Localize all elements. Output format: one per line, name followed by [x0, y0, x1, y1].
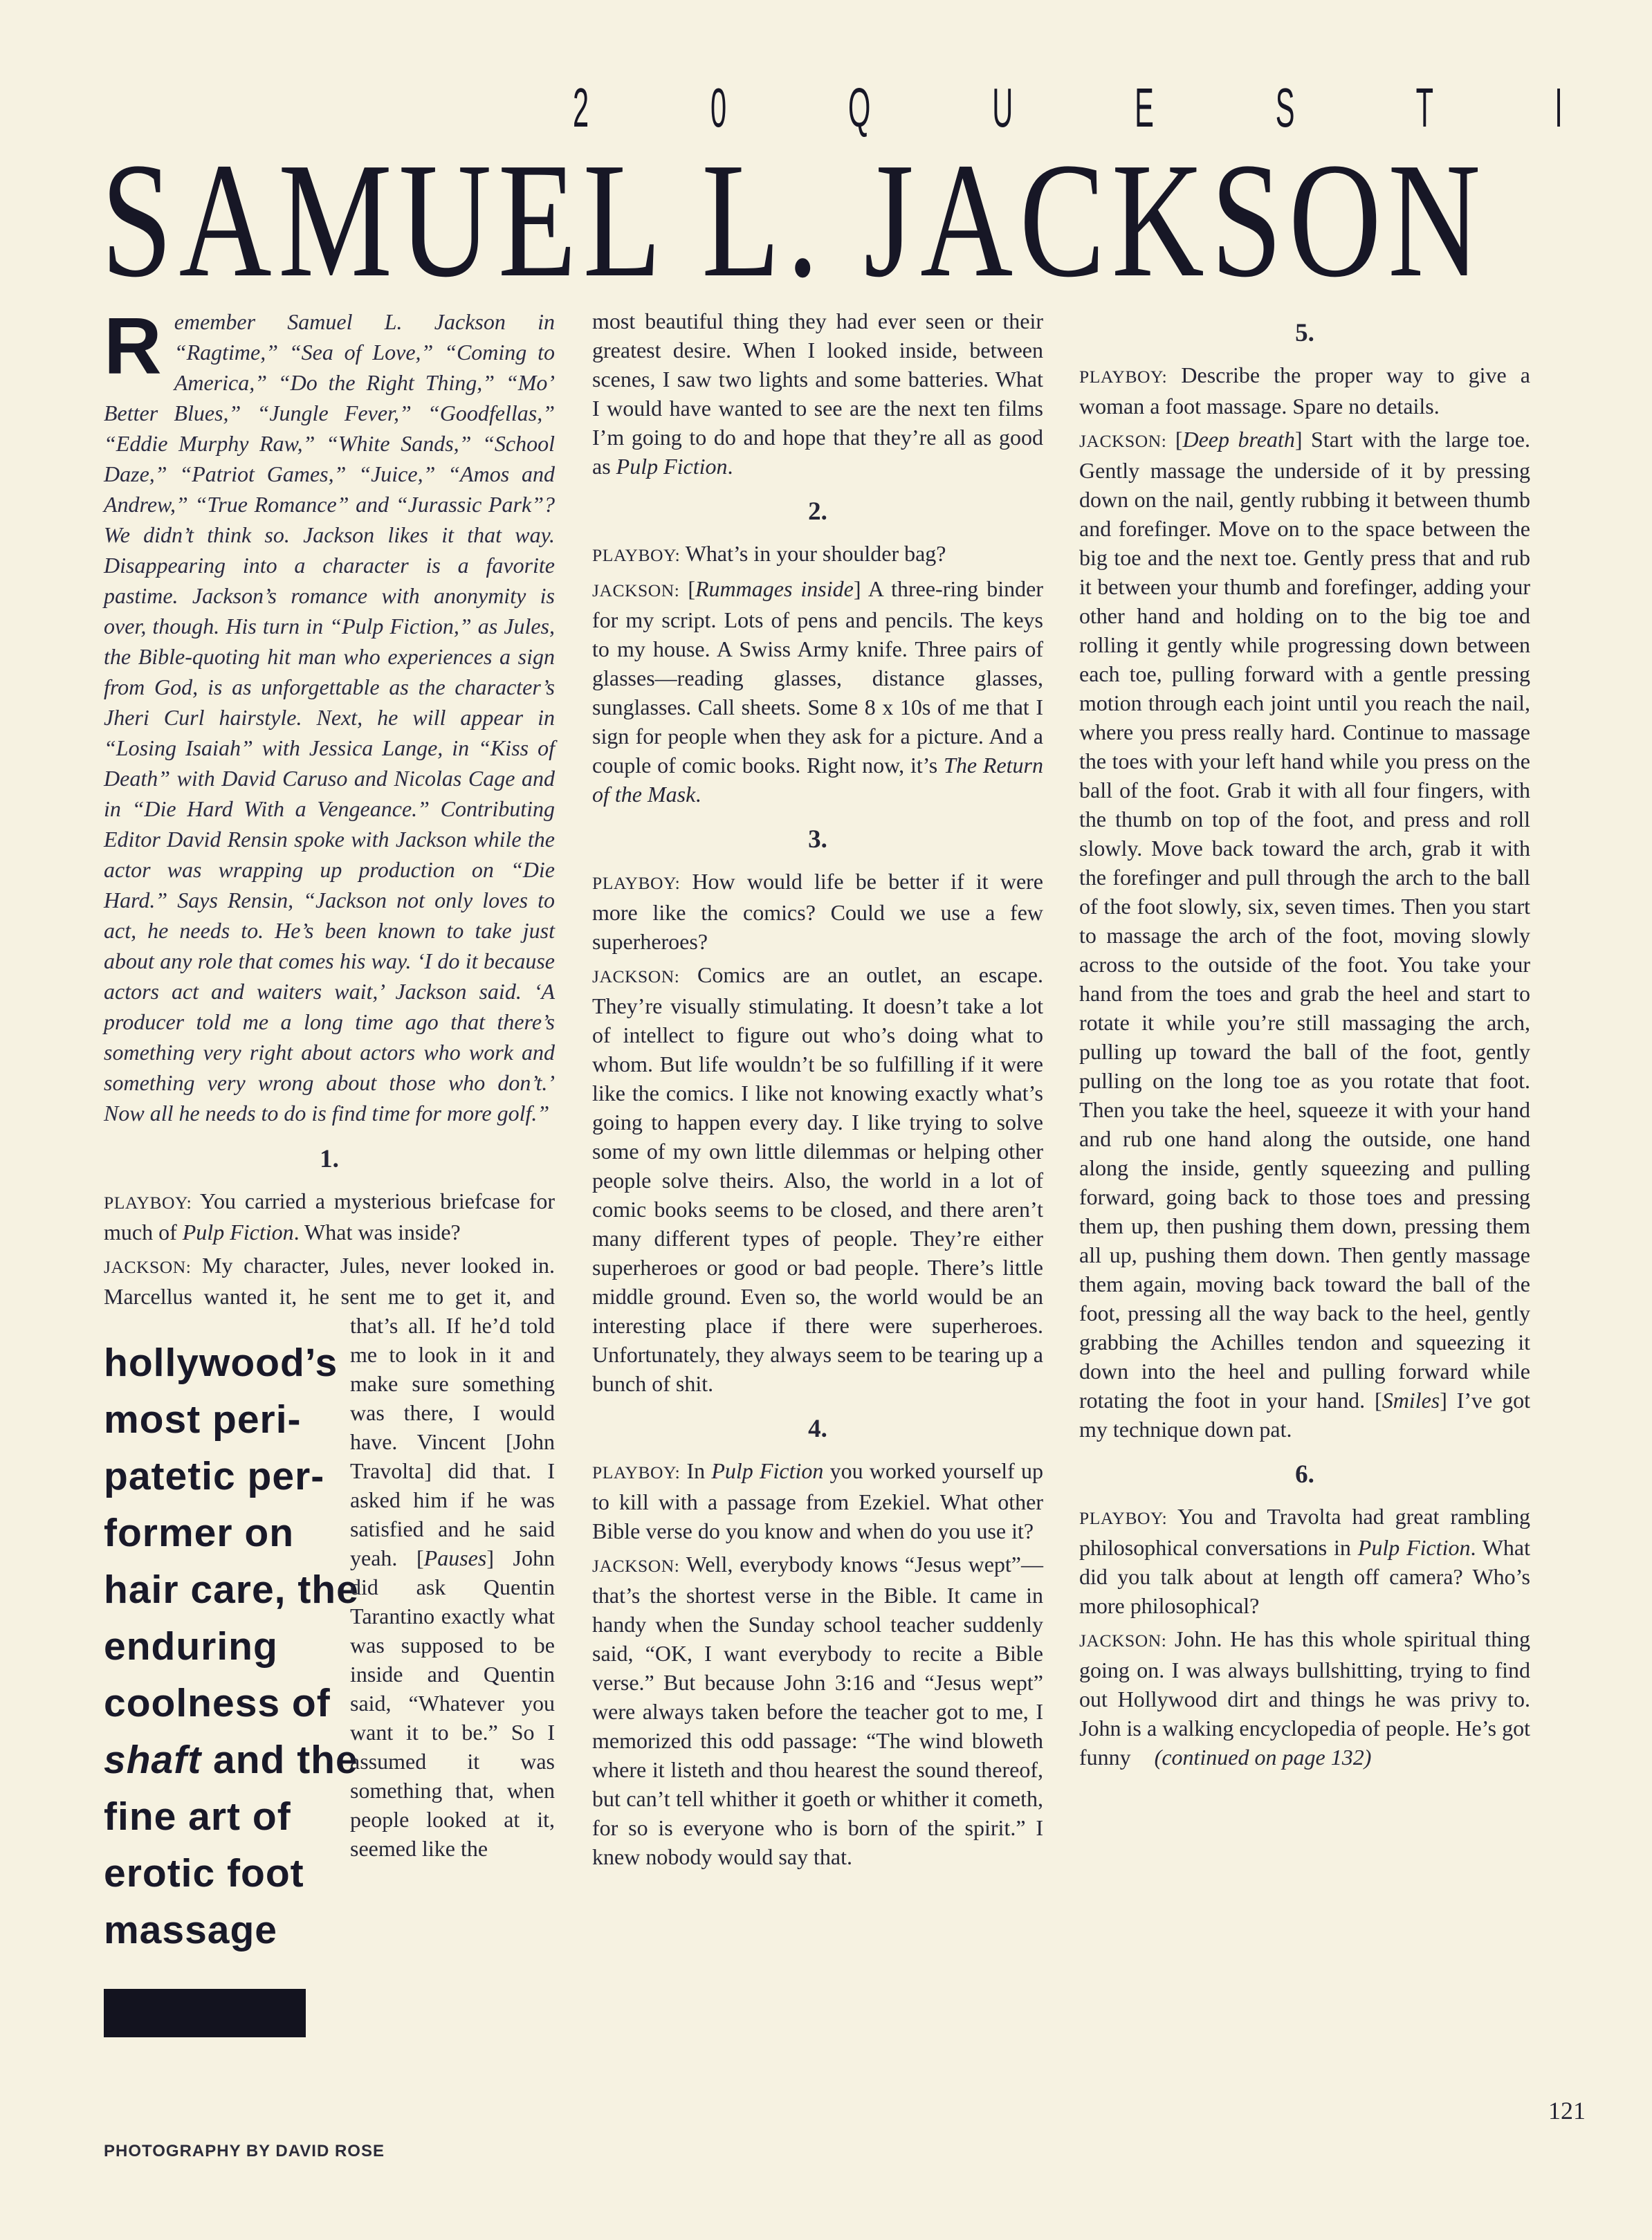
- column-left: Remember Samuel L. Jackson in “Ragtime,”…: [104, 306, 555, 2041]
- intro-paragraph: Remember Samuel L. Jackson in “Ragtime,”…: [104, 306, 555, 1128]
- black-bar: [104, 1989, 306, 2037]
- column-right: 5. PLAYBOY: Describe the proper way to g…: [1079, 302, 1530, 1776]
- photography-credit: PHOTOGRAPHY BY DAVID ROSE: [104, 2142, 385, 2161]
- page-title: SAMUEL L. JACKSON: [101, 138, 1551, 303]
- interview-answer-3: JACKSON: Comics are an outlet, an escape…: [592, 960, 1043, 1398]
- question-number-1: 1.: [104, 1146, 555, 1173]
- interview-question-1: PLAYBOY: You carried a mysterious briefc…: [104, 1186, 555, 1247]
- question-number-2: 2.: [592, 499, 1043, 525]
- intro-text: emember Samuel L. Jackson in “Ragtime,” …: [104, 309, 555, 1126]
- section-kicker: 2 0 Q U E S T I O N S: [573, 80, 1652, 136]
- interview-question-5: PLAYBOY: Describe the proper way to give…: [1079, 360, 1530, 421]
- page-number: 121: [1548, 2096, 1586, 2125]
- pull-quote: hollywood’smost peri-patetic per-former …: [104, 1321, 332, 2037]
- interview-question-3: PLAYBOY: How would life be better if it …: [592, 867, 1043, 956]
- interview-answer-1: JACKSON: My character, Jules, never look…: [104, 1251, 555, 1863]
- interview-answer-2: JACKSON: [Rummages inside] A three-ring …: [592, 574, 1043, 809]
- interview-answer-4: JACKSON: Well, everybody knows “Jesus we…: [592, 1550, 1043, 1871]
- question-number-6: 6.: [1079, 1462, 1530, 1488]
- question-number-3: 3.: [592, 827, 1043, 853]
- drop-cap: R: [104, 306, 174, 377]
- pull-quote-text: hollywood’smost peri-patetic per-former …: [104, 1341, 359, 1952]
- question-number-4: 4.: [592, 1416, 1043, 1442]
- answer-1-wrap: me to get it, and that’s all. If he’d to…: [350, 1284, 555, 1861]
- interview-answer-6: JACKSON: John. He has this whole spiritu…: [1079, 1624, 1530, 1772]
- interview-question-2: PLAYBOY: What’s in your shoulder bag?: [592, 539, 1043, 570]
- column-middle: most beautiful thing they had ever seen …: [592, 306, 1043, 1875]
- interview-question-6: PLAYBOY: You and Travolta had great ramb…: [1079, 1502, 1530, 1620]
- interview-answer-5: JACKSON: [Deep breath] Start with the la…: [1079, 425, 1530, 1444]
- question-number-5: 5.: [1079, 320, 1530, 347]
- interview-question-4: PLAYBOY: In Pulp Fiction you worked your…: [592, 1456, 1043, 1545]
- page-title-text: SAMUEL L. JACKSON: [101, 138, 1487, 303]
- magazine-page: 2 0 Q U E S T I O N S SAMUEL L. JACKSON …: [0, 0, 1652, 2240]
- answer-1-continued: most beautiful thing they had ever seen …: [592, 306, 1043, 481]
